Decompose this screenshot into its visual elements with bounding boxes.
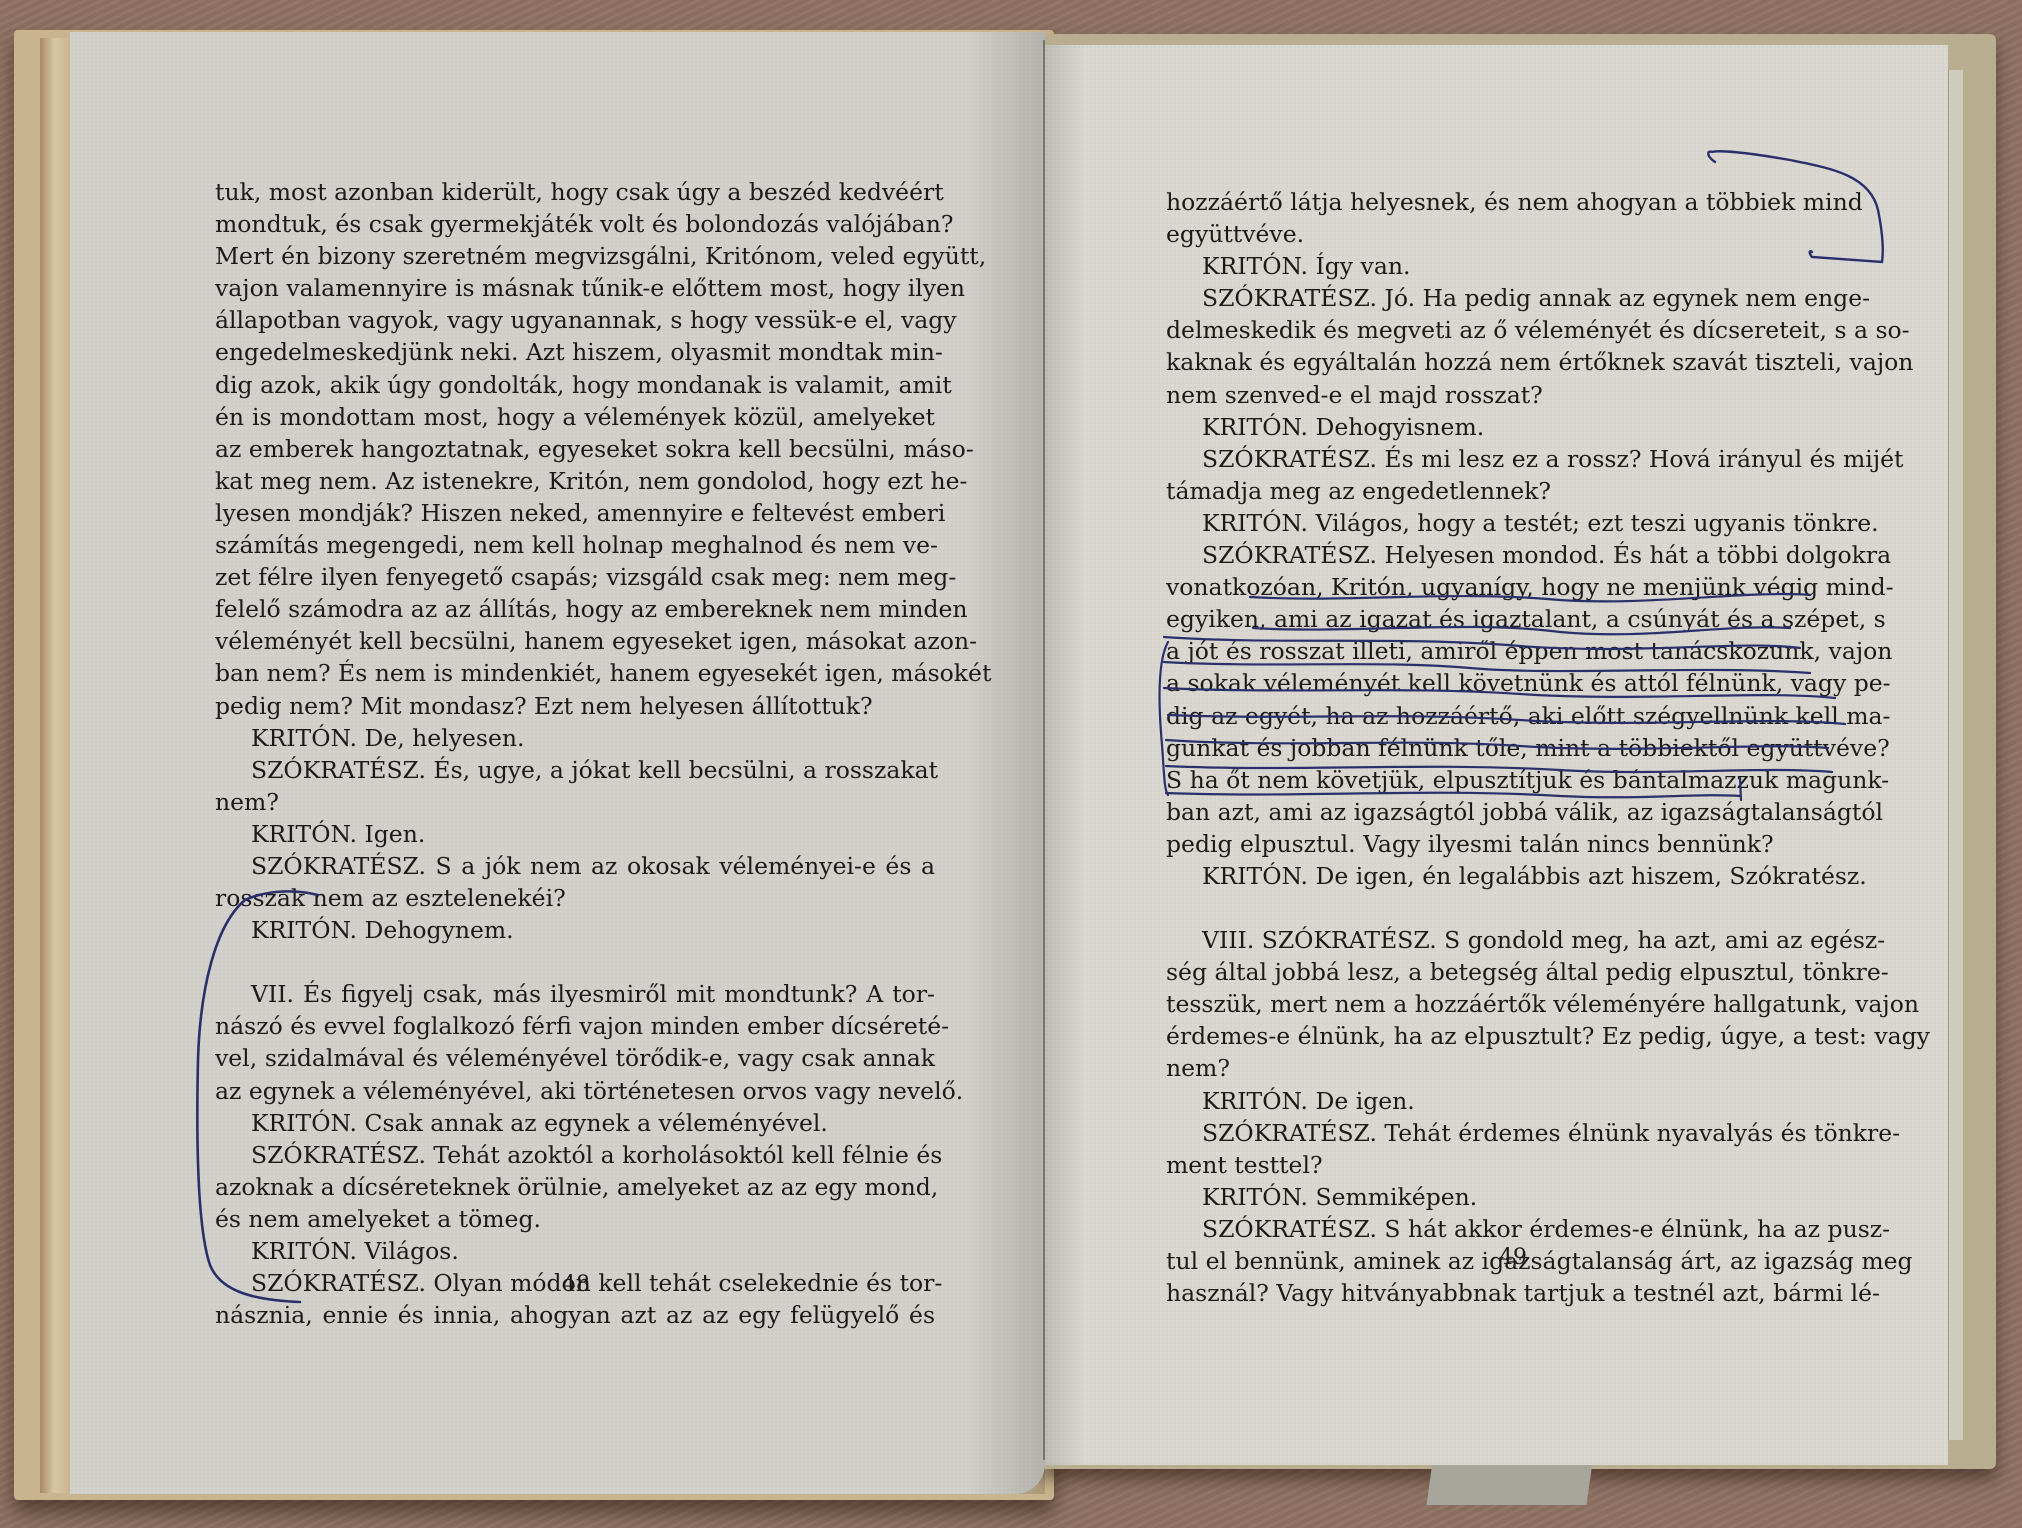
text-line: SZÓKRATÉSZ. S a jók nem az okosak vélemé… — [215, 850, 935, 882]
page-number-right: 49 — [1499, 1245, 1527, 1270]
text-line: számítás megengedi, nem kell holnap megh… — [215, 529, 935, 561]
text-line: vel, szidalmával és véleményével törődik… — [215, 1042, 935, 1074]
text-line: támadja meg az engedetlennek? — [1166, 475, 1842, 507]
text-line: engedelmeskedjünk neki. Azt hiszem, olya… — [215, 336, 935, 368]
text-line: tuk, most azonban kiderült, hogy csak úg… — [215, 176, 935, 208]
text-line: KRITÓN. De igen, én legalábbis azt hisze… — [1166, 860, 1842, 892]
text-line: állapotban vagyok, vagy ugyanannak, s ho… — [215, 304, 935, 336]
text-line: KRITÓN. Igen. — [215, 818, 935, 850]
text-line: egyiken, ami az igazat és igaztalant, a … — [1166, 603, 1842, 635]
text-line: a sokak véleményét kell követnünk és att… — [1166, 667, 1842, 699]
text-line: tesszük, mert nem a hozzáértők véleményé… — [1166, 988, 1842, 1020]
page-edges-right — [1948, 70, 1963, 1440]
text-line: a jót és rosszat illeti, amiről éppen mo… — [1166, 635, 1842, 667]
text-line: násznia, ennie és innia, ahogyan azt az … — [215, 1299, 935, 1331]
text-line: KRITÓN. De, helyesen. — [215, 722, 935, 754]
text-line: mondtuk, és csak gyermekjáték volt és bo… — [215, 208, 935, 240]
text-line: Mert én bizony szeretném megvizsgálni, K… — [215, 240, 935, 272]
text-line: pedig elpusztul. Vagy ilyesmi talán ninc… — [1166, 828, 1842, 860]
text-line: használ? Vagy hitványabbnak tartjuk a te… — [1166, 1277, 1842, 1309]
text-line: KRITÓN. Így van. — [1166, 250, 1842, 282]
text-line: zet félre ilyen fenyegető csapás; vizsgá… — [215, 561, 935, 593]
text-line: ban nem? És nem is mindenkiét, hanem egy… — [215, 657, 935, 689]
text-line: együttvéve. — [1166, 218, 1842, 250]
text-line: nem szenved-e el majd rosszat? — [1166, 379, 1842, 411]
left-page-text: tuk, most azonban kiderült, hogy csak úg… — [215, 176, 935, 1331]
text-line: felelő számodra az az állítás, hogy az e… — [215, 593, 935, 625]
text-line: ban azt, ami az igazságtól jobbá válik, … — [1166, 796, 1842, 828]
text-line: dig azok, akik úgy gondolták, hogy monda… — [215, 369, 935, 401]
text-line: dig az egyét, ha az hozzáértő, aki előtt… — [1166, 700, 1842, 732]
text-line: nászó és evvel foglalkozó férfi vajon mi… — [215, 1010, 935, 1042]
page-number-left: 48 — [562, 1272, 590, 1297]
text-line: az egynek a véleményével, aki történetes… — [215, 1075, 935, 1107]
text-line: kaknak és egyáltalán hozzá nem értőknek … — [1166, 346, 1842, 378]
text-line: rosszak nem az esztelenekéi? — [215, 882, 935, 914]
text-line: pedig nem? Mit mondasz? Ezt nem helyesen… — [215, 690, 935, 722]
text-line: VIII. SZÓKRATÉSZ. S gondold meg, ha azt,… — [1166, 924, 1842, 956]
text-line: SZÓKRATÉSZ. És mi lesz ez a rossz? Hová … — [1166, 443, 1842, 475]
right-page-text: hozzáértő látja helyesnek, és nem ahogya… — [1166, 186, 1842, 1309]
text-line: KRITÓN. Világos, hogy a testét; ezt tesz… — [1166, 507, 1842, 539]
text-line: SZÓKRATÉSZ. S hát akkor érdemes-e élnünk… — [1166, 1213, 1842, 1245]
text-line: KRITÓN. Világos. — [215, 1235, 935, 1267]
text-line: nem? — [215, 786, 935, 818]
text-line: kat meg nem. Az istenekre, Kritón, nem g… — [215, 465, 935, 497]
text-line: és nem amelyeket a tömeg. — [215, 1203, 935, 1235]
text-line: az emberek hangoztatnak, egyeseket sokra… — [215, 433, 935, 465]
text-line: SZÓKRATÉSZ. Helyesen mondod. És hát a tö… — [1166, 539, 1842, 571]
text-line: lyesen mondják? Hiszen neked, amennyire … — [215, 497, 935, 529]
text-line: ment testtel? — [1166, 1149, 1842, 1181]
section-gap — [215, 946, 935, 978]
text-line: érdemes-e élnünk, ha az elpusztult? Ez p… — [1166, 1020, 1842, 1052]
text-line: SZÓKRATÉSZ. Tehát érdemes élnünk nyavaly… — [1166, 1117, 1842, 1149]
text-line: S ha őt nem követjük, elpusztítjuk és bá… — [1166, 764, 1842, 796]
text-line: véleményét kell becsülni, hanem egyeseke… — [215, 625, 935, 657]
text-line: KRITÓN. Semmiképen. — [1166, 1181, 1842, 1213]
book-spine — [1043, 40, 1045, 1460]
text-line: én is mondottam most, hogy a vélemények … — [215, 401, 935, 433]
text-line: KRITÓN. Dehogynem. — [215, 914, 935, 946]
text-line: ség által jobbá lesz, a betegség által p… — [1166, 956, 1842, 988]
text-line: KRITÓN. De igen. — [1166, 1085, 1842, 1117]
text-line: SZÓKRATÉSZ. És, ugye, a jókat kell becsü… — [215, 754, 935, 786]
text-line: gunkat és jobban félnünk tőle, mint a tö… — [1166, 732, 1842, 764]
text-line: hozzáértő látja helyesnek, és nem ahogya… — [1166, 186, 1842, 218]
text-line: KRITÓN. Dehogyisnem. — [1166, 411, 1842, 443]
text-line: nem? — [1166, 1052, 1842, 1084]
text-line: vonatkozóan, Kritón, ugyanígy, hogy ne m… — [1166, 571, 1842, 603]
text-line: SZÓKRATÉSZ. Tehát azoktól a korholásoktó… — [215, 1139, 935, 1171]
text-line: vajon valamennyire is másnak tűnik-e elő… — [215, 272, 935, 304]
text-line: delmeskedik és megveti az ő véleményét é… — [1166, 314, 1842, 346]
text-line: VII. És figyelj csak, más ilyesmiről mit… — [215, 978, 935, 1010]
text-line: azoknak a dícséreteknek örülnie, amelyek… — [215, 1171, 935, 1203]
text-line: KRITÓN. Csak annak az egynek a véleményé… — [215, 1107, 935, 1139]
section-gap — [1166, 892, 1842, 924]
text-line: SZÓKRATÉSZ. Jó. Ha pedig annak az egynek… — [1166, 282, 1842, 314]
